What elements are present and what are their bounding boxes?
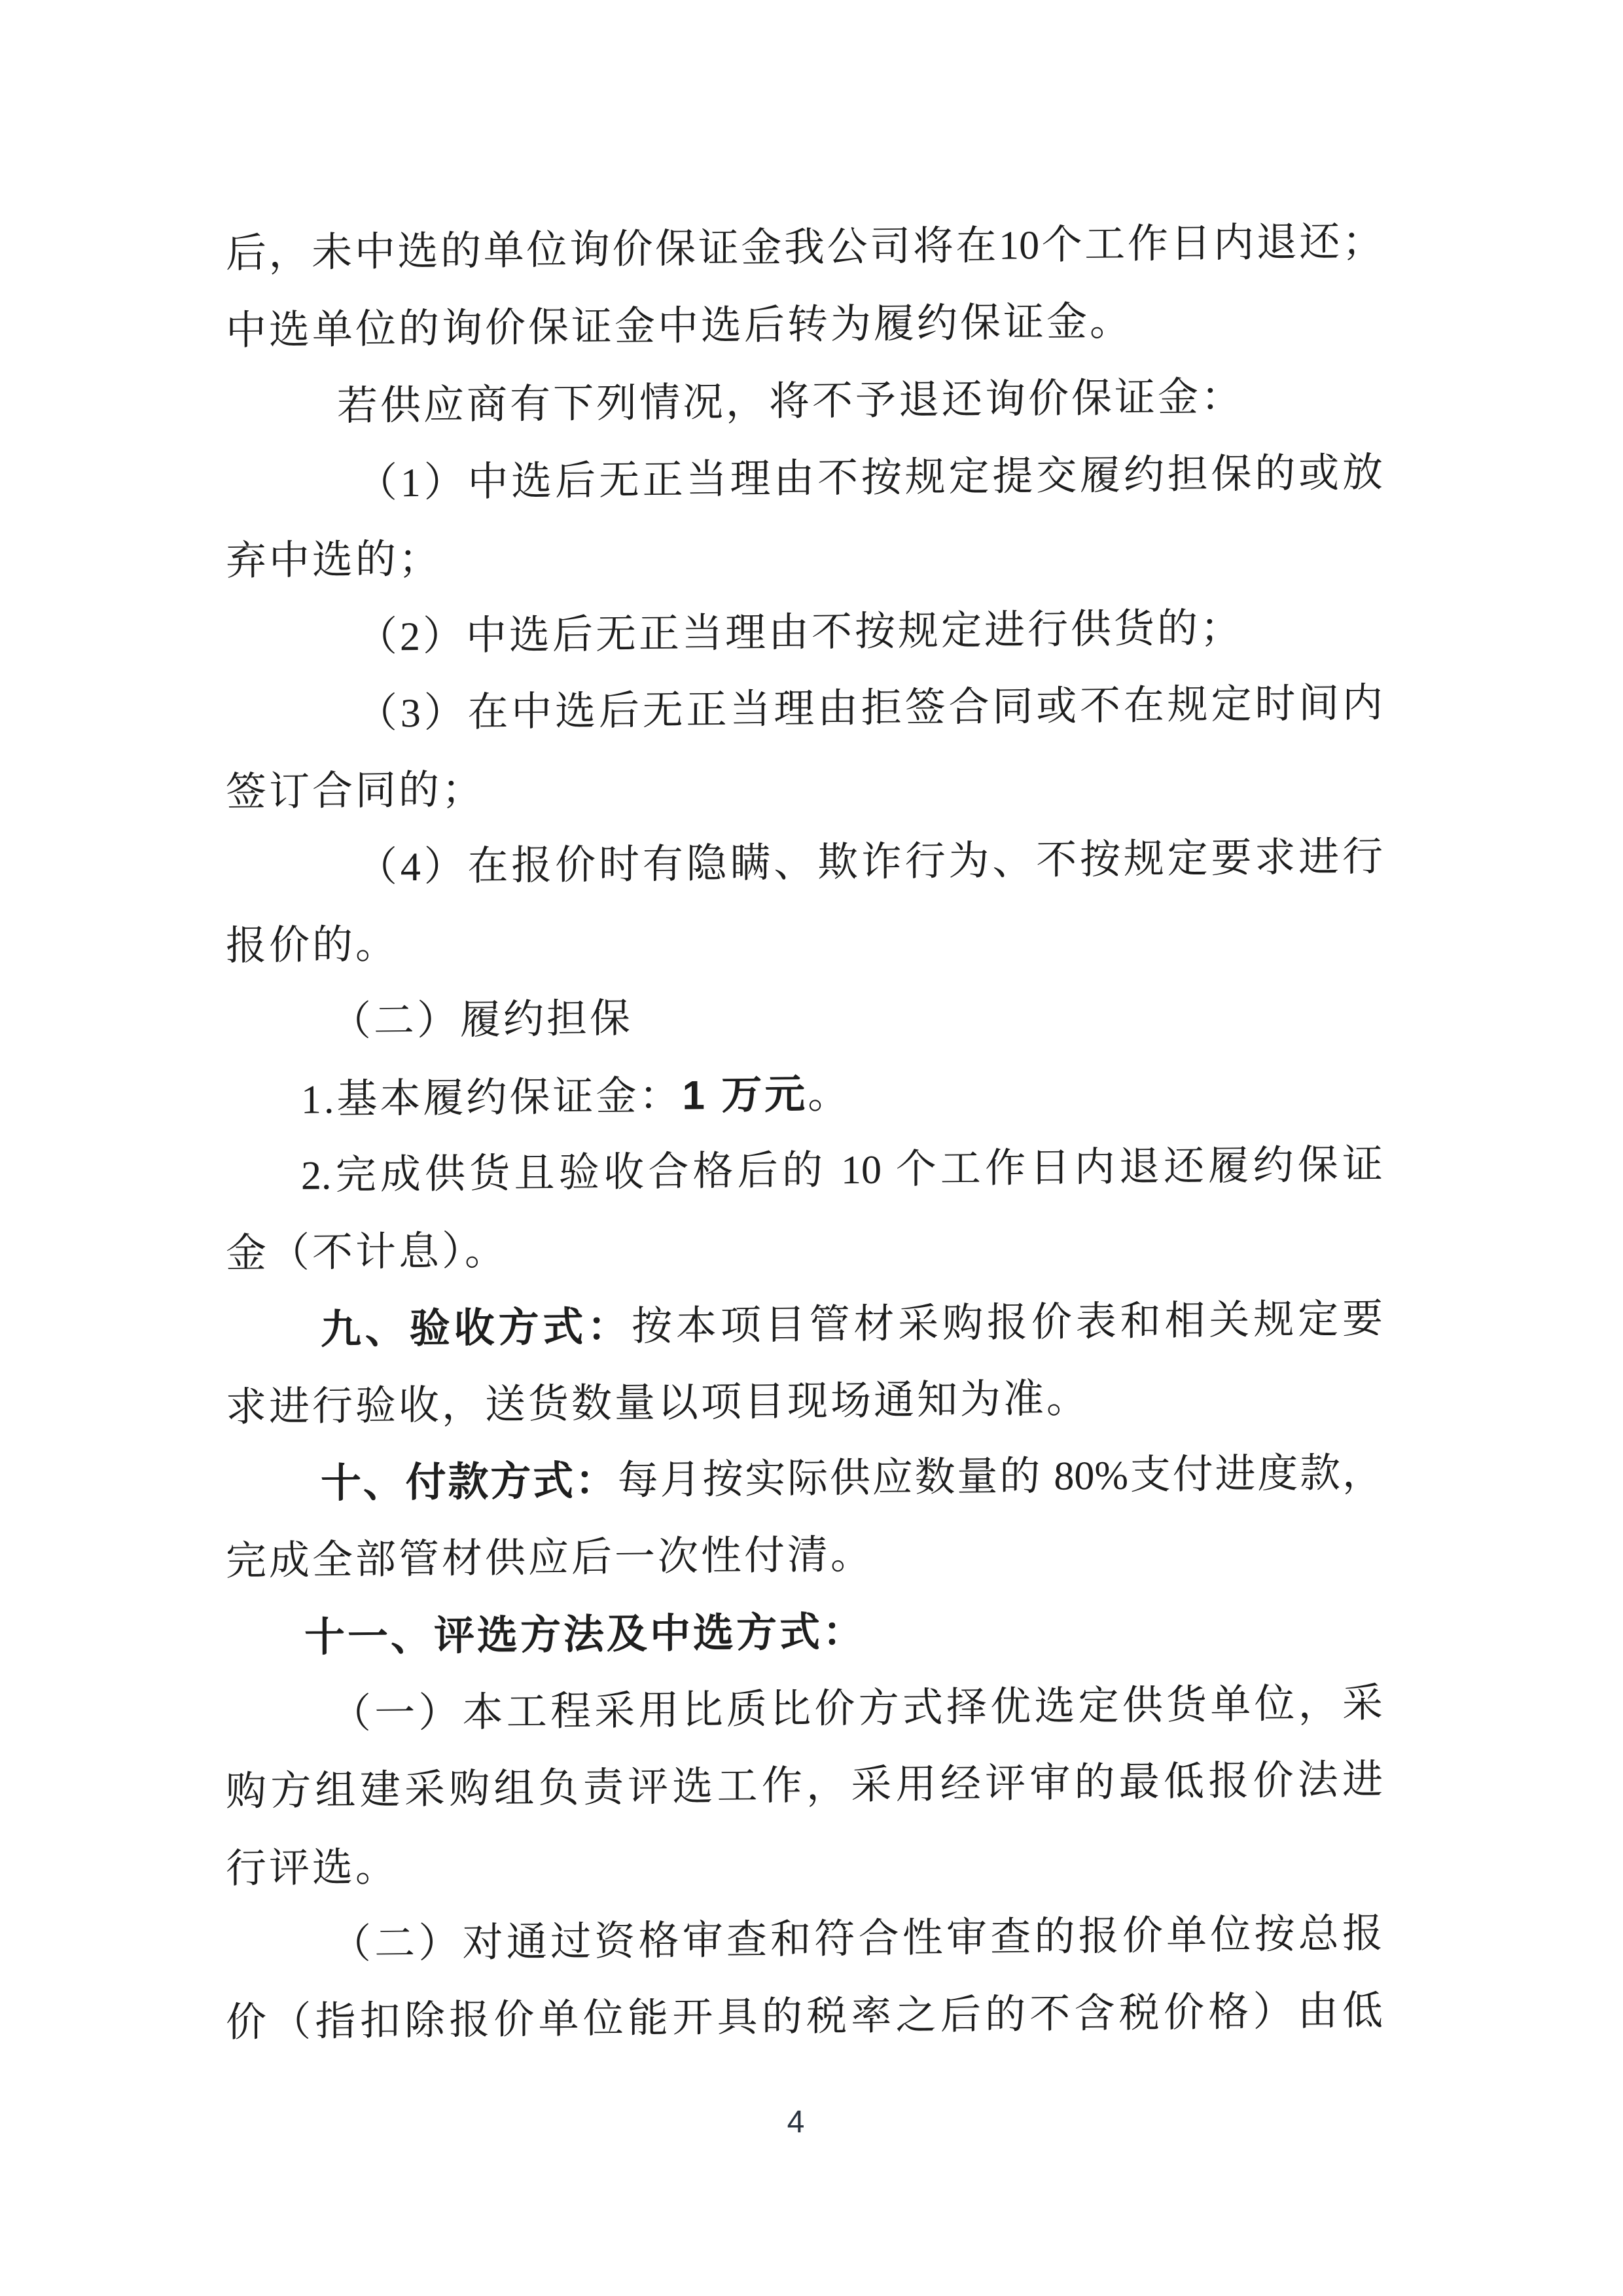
text-line: 签订合同的； <box>226 742 1383 831</box>
body-text: 签订合同的； <box>226 767 485 814</box>
body-text: 若供应商有下列情况，将不予退还询价保证金： <box>337 375 1244 429</box>
body-text: 1.基本履约保证金： <box>301 1073 683 1122</box>
body-text: 2.完成供货且验收合格后的 10 个工作日内退还履约保证 <box>301 1142 1383 1198</box>
body-text: 弃中选的； <box>226 537 442 584</box>
body-text: （2）中选后无正当理由不按规定进行供货的； <box>357 605 1243 659</box>
page-number: 4 <box>0 2104 1607 2140</box>
text-line: 中选单位的询价保证金中选后转为履约保证金。 <box>226 281 1383 370</box>
text-line: （2）中选后无正当理由不按规定进行供货的； <box>226 588 1383 677</box>
text-line: （一）本工程采用比质比价方式择优选定供货单位，采 <box>226 1665 1383 1754</box>
body-text: （3）在中选后无正当理由拒签合同或不在规定时间内 <box>357 681 1383 736</box>
document-page: 后，未中选的单位询价保证金我公司将在10个工作日内退还；中选单位的询价保证金中选… <box>0 0 1623 2296</box>
body-text: 行评选。 <box>226 1845 399 1892</box>
heading-text: 1 万元 <box>683 1071 808 1118</box>
text-line: 报价的。 <box>226 896 1383 985</box>
body-text: （1）中选后无正当理由不按规定提交履约担保的或放 <box>357 450 1383 505</box>
text-line: 行评选。 <box>226 1819 1383 1908</box>
body-text: 每月按实际供应数量的 80%支付进度款， <box>618 1450 1383 1503</box>
text-line: 九、验收方式：按本项目管材采购报价表和相关规定要 <box>226 1280 1383 1369</box>
body-text: 后，未中选的单位询价保证金我公司将在10个工作日内退还； <box>226 219 1383 276</box>
text-line: 金（不计息）。 <box>226 1204 1383 1293</box>
body-text: 按本项目管材采购报价表和相关规定要 <box>632 1297 1383 1349</box>
body-text: 完成全部管材供应后一次性付清。 <box>226 1532 874 1583</box>
text-line: （1）中选后无正当理由不按规定提交履约担保的或放 <box>226 435 1383 524</box>
text-line: （4）在报价时有隐瞒、欺诈行为、不按规定要求进行 <box>226 819 1383 908</box>
text-line: 十一、评选方法及中选方式： <box>226 1588 1383 1677</box>
body-text: （二）对通过资格审查和符合性审查的报价单位按总报 <box>330 1911 1383 1967</box>
text-line: 求进行验收，送货数量以项目现场通知为准。 <box>226 1357 1383 1446</box>
body-text: 金（不计息）。 <box>226 1229 508 1276</box>
text-line: 弃中选的； <box>226 511 1383 600</box>
body-text: 中选单位的询价保证金中选后转为履约保证金。 <box>226 299 1133 353</box>
body-text: 报价的。 <box>226 922 399 969</box>
text-block: 后，未中选的单位询价保证金我公司将在10个工作日内退还；中选单位的询价保证金中选… <box>226 204 1383 2062</box>
body-text: （一）本工程采用比质比价方式择优选定供货单位，采 <box>330 1681 1383 1736</box>
text-line: （二）履约担保 <box>226 973 1383 1062</box>
heading-text: 九、验收方式： <box>321 1304 632 1353</box>
text-line: 1.基本履约保证金：1 万元。 <box>226 1050 1383 1139</box>
text-line: （3）在中选后无正当理由拒签合同或不在规定时间内 <box>226 665 1383 754</box>
body-text: 求进行验收，送货数量以项目现场通知为准。 <box>226 1376 1090 1430</box>
text-line: 后，未中选的单位询价保证金我公司将在10个工作日内退还； <box>226 204 1383 293</box>
body-text: （二）履约担保 <box>330 996 633 1044</box>
body-text: 价（指扣除报价单位能开具的税率之后的不含税价格）由低 <box>226 1988 1383 2045</box>
text-line: （二）对通过资格审查和符合性审查的报价单位按总报 <box>226 1895 1383 1984</box>
text-line: 2.完成供货且验收合格后的 10 个工作日内退还履约保证 <box>226 1126 1383 1215</box>
text-line: 十、付款方式：每月按实际供应数量的 80%支付进度款， <box>226 1434 1383 1523</box>
heading-text: 十一、评选方法及中选方式： <box>304 1609 866 1660</box>
heading-text: 十、付款方式： <box>321 1458 618 1507</box>
body-text: 。 <box>808 1071 851 1117</box>
text-line: 购方组建采购组负责评选工作，采用经评审的最低报价法进 <box>226 1742 1383 1831</box>
body-text: 购方组建采购组负责评选工作，采用经评审的最低报价法进 <box>226 1757 1383 1814</box>
text-line: 完成全部管材供应后一次性付清。 <box>226 1511 1383 1600</box>
body-text: （4）在报价时有隐瞒、欺诈行为、不按规定要求进行 <box>357 834 1383 889</box>
text-line: 价（指扣除报价单位能开具的税率之后的不含税价格）由低 <box>226 1973 1383 2062</box>
text-line: 若供应商有下列情况，将不予退还询价保证金： <box>226 357 1383 446</box>
